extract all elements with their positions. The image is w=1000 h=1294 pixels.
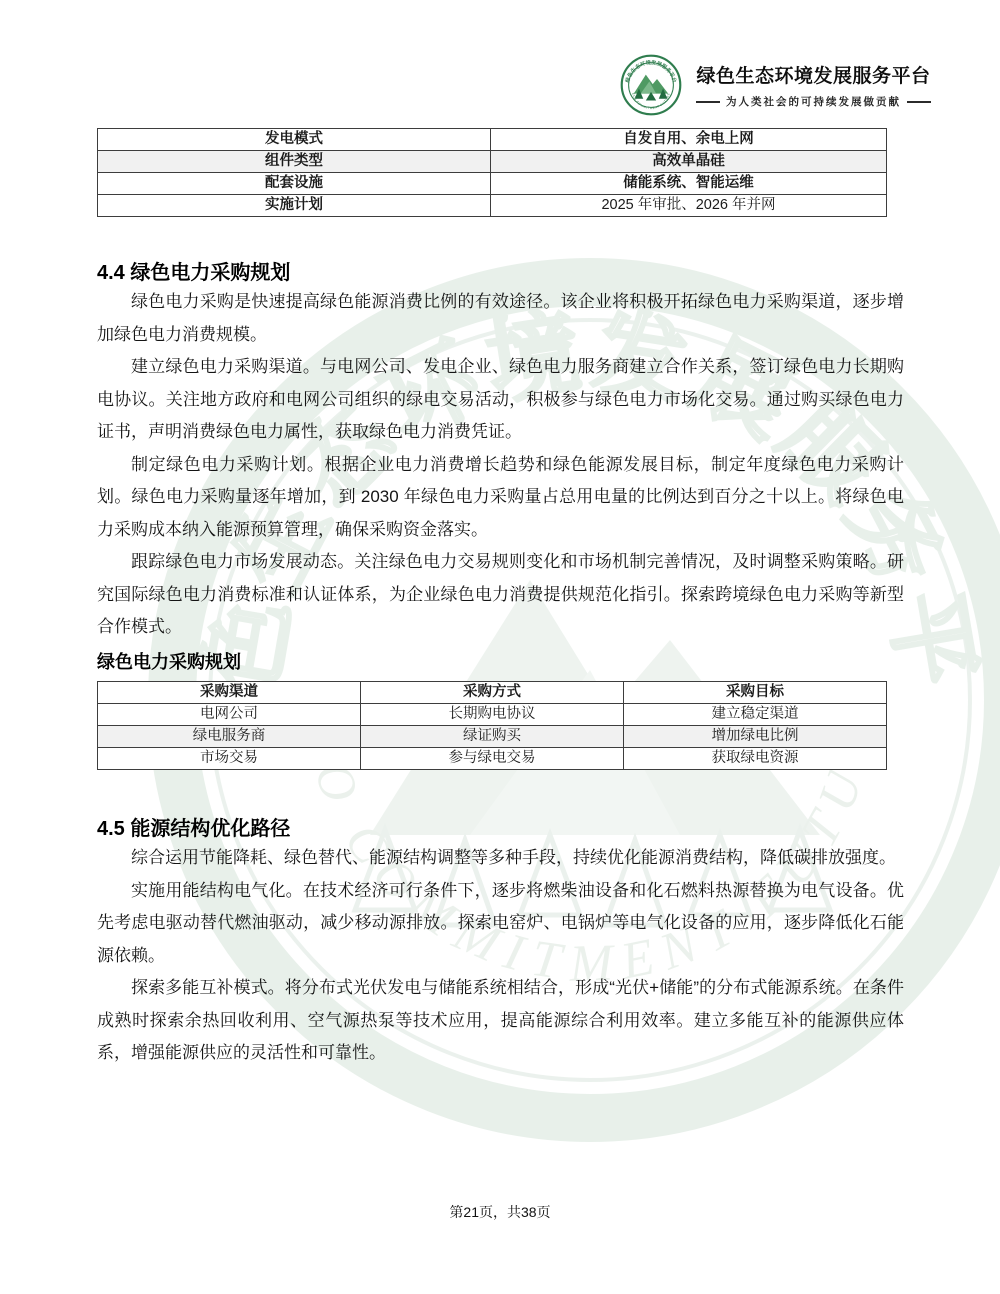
spec-value-cell: 2025 年审批、2026 年并网 (491, 195, 887, 217)
proc-cell: 参与绿电交易 (361, 748, 624, 770)
proc-cell: 长期购电协议 (361, 704, 624, 726)
table-row: 电网公司 长期购电协议 建立稳定渠道 (98, 704, 887, 726)
table-header-row: 采购渠道 采购方式 采购目标 (98, 682, 887, 704)
paragraph: 制定绿色电力采购计划。根据企业电力消费增长趋势和绿色能源发展目标，制定年度绿色电… (97, 449, 904, 547)
paragraph: 综合运用节能降耗、绿色替代、能源结构调整等多种手段，持续优化能源消费结构，降低碳… (97, 842, 904, 875)
proc-header-cell: 采购渠道 (98, 682, 361, 704)
procurement-table-title: 绿色电力采购规划 (97, 648, 241, 674)
table-row: 绿电服务商 绿证购买 增加绿电比例 (98, 726, 887, 748)
proc-header-cell: 采购方式 (361, 682, 624, 704)
paragraph: 探索多能互补模式。将分布式光伏发电与储能系统相结合，形成“光伏+储能”的分布式能… (97, 972, 904, 1070)
proc-cell: 绿证购买 (361, 726, 624, 748)
tagline-dash-left (696, 101, 720, 103)
proc-cell: 电网公司 (98, 704, 361, 726)
page-header: 绿色生态环境发展服务平台 ECO COMMITMENT FUTURE 绿色生态环… (620, 54, 931, 116)
procurement-plan-table: 采购渠道 采购方式 采购目标 电网公司 长期购电协议 建立稳定渠道 绿电服务商 … (97, 681, 887, 770)
table-row: 组件类型 高效单晶硅 (98, 151, 887, 173)
paragraph: 建立绿色电力采购渠道。与电网公司、发电企业、绿色电力服务商建立合作关系，签订绿色… (97, 351, 904, 449)
platform-logo-icon: 绿色生态环境发展服务平台 ECO COMMITMENT FUTURE (620, 54, 682, 116)
proc-cell: 市场交易 (98, 748, 361, 770)
section-heading-4-4: 4.4 绿色电力采购规划 (97, 256, 290, 285)
spec-label-cell: 配套设施 (98, 173, 491, 195)
proc-cell: 建立稳定渠道 (624, 704, 887, 726)
spec-label-cell: 组件类型 (98, 151, 491, 173)
proc-cell: 获取绿电资源 (624, 748, 887, 770)
proc-cell: 绿电服务商 (98, 726, 361, 748)
spec-label-cell: 实施计划 (98, 195, 491, 217)
tagline-row: 为人类社会的可持续发展做贡献 (696, 94, 931, 109)
spec-value-cell: 自发自用、余电上网 (491, 129, 887, 151)
spec-value-cell: 储能系统、智能运维 (491, 173, 887, 195)
table-row: 市场交易 参与绿电交易 获取绿电资源 (98, 748, 887, 770)
platform-tagline: 为人类社会的可持续发展做贡献 (726, 94, 901, 109)
spec-value-cell: 高效单晶硅 (491, 151, 887, 173)
table-row: 配套设施 储能系统、智能运维 (98, 173, 887, 195)
paragraph: 绿色电力采购是快速提高绿色能源消费比例的有效途径。该企业将积极开拓绿色电力采购渠… (97, 286, 904, 351)
paragraph: 实施用能结构电气化。在技术经济可行条件下，逐步将燃柴油设备和化石燃料热源替换为电… (97, 875, 904, 973)
tagline-dash-right (907, 101, 931, 103)
paragraph: 跟踪绿色电力市场发展动态。关注绿色电力交易规则变化和市场机制完善情况，及时调整采… (97, 546, 904, 644)
platform-title: 绿色生态环境发展服务平台 (696, 61, 930, 88)
page-number: 第21页，共38页 (0, 1202, 1000, 1222)
proc-header-cell: 采购目标 (624, 682, 887, 704)
table-row: 实施计划 2025 年审批、2026 年并网 (98, 195, 887, 217)
section-4-5-body: 综合运用节能降耗、绿色替代、能源结构调整等多种手段，持续优化能源消费结构，降低碳… (97, 842, 904, 1070)
section-4-4-body: 绿色电力采购是快速提高绿色能源消费比例的有效途径。该企业将积极开拓绿色电力采购渠… (97, 286, 904, 644)
project-spec-table: 发电模式 自发自用、余电上网 组件类型 高效单晶硅 配套设施 储能系统、智能运维… (97, 128, 887, 217)
proc-cell: 增加绿电比例 (624, 726, 887, 748)
section-heading-4-5: 4.5 能源结构优化路径 (97, 812, 290, 841)
spec-label-cell: 发电模式 (98, 129, 491, 151)
table-row: 发电模式 自发自用、余电上网 (98, 129, 887, 151)
